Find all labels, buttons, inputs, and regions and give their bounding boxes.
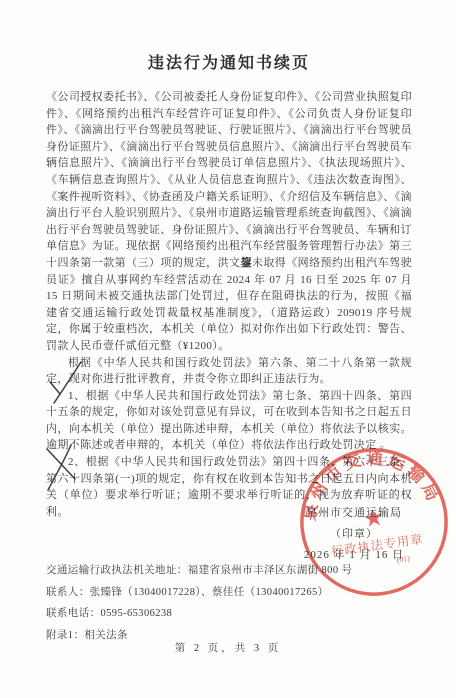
signature-block: 泉州市交通运输局 （印章） 2026 年 1 月 16 日 bbox=[264, 503, 444, 566]
contact-persons: 联系人：张臻锋（13040017228）、蔡佳任（13040017265） bbox=[46, 582, 431, 604]
page-title: 违法行为通知书续页 bbox=[46, 50, 412, 73]
agency-address: 交通运输行政执法机关地址：福建省泉州市丰泽区东湖街 800 号 bbox=[46, 560, 431, 582]
evidence-paragraph: 《公司授权委托书》、《公司被委托人身份证复印件》、《公司营业执照复印件》、《网络… bbox=[46, 89, 412, 355]
document-page: 违法行为通知书续页 《公司授权委托书》、《公司被委托人身份证复印件》、《公司营业… bbox=[0, 0, 456, 698]
contact-block: 交通运输行政执法机关地址：福建省泉州市丰泽区东湖街 800 号 联系人：张臻锋（… bbox=[46, 560, 431, 646]
evidence-text-post: 未取得《网络预约出租汽车驾驶员证》擅自从事网约车经营活动在 2024 年 07 … bbox=[46, 257, 412, 352]
contact-phone: 联系电话：0595-65306238 bbox=[46, 603, 431, 625]
issuing-agency: 泉州市交通运输局 bbox=[264, 503, 444, 524]
offender-name: 鋆 bbox=[240, 257, 251, 269]
statement-rights-item: 1、根据《中华人民共和国行政处罚法》第七条、第四十四条、第四十五条的规定，你如对… bbox=[46, 388, 412, 454]
document-body: 违法行为通知书续页 《公司授权委托书》、《公司被委托人身份证复印件》、《公司营业… bbox=[46, 50, 412, 520]
evidence-text-pre: 《公司授权委托书》、《公司被委托人身份证复印件》、《公司营业执照复印件》、《网络… bbox=[46, 91, 412, 269]
appendix-note: 附录1：相关法条 bbox=[46, 625, 431, 647]
education-paragraph: 根据《中华人民共和国行政处罚法》第六条、第二十八条第一款规定，现对你进行批评教育… bbox=[46, 355, 412, 388]
seal-placeholder-label: （印章） bbox=[264, 524, 444, 545]
